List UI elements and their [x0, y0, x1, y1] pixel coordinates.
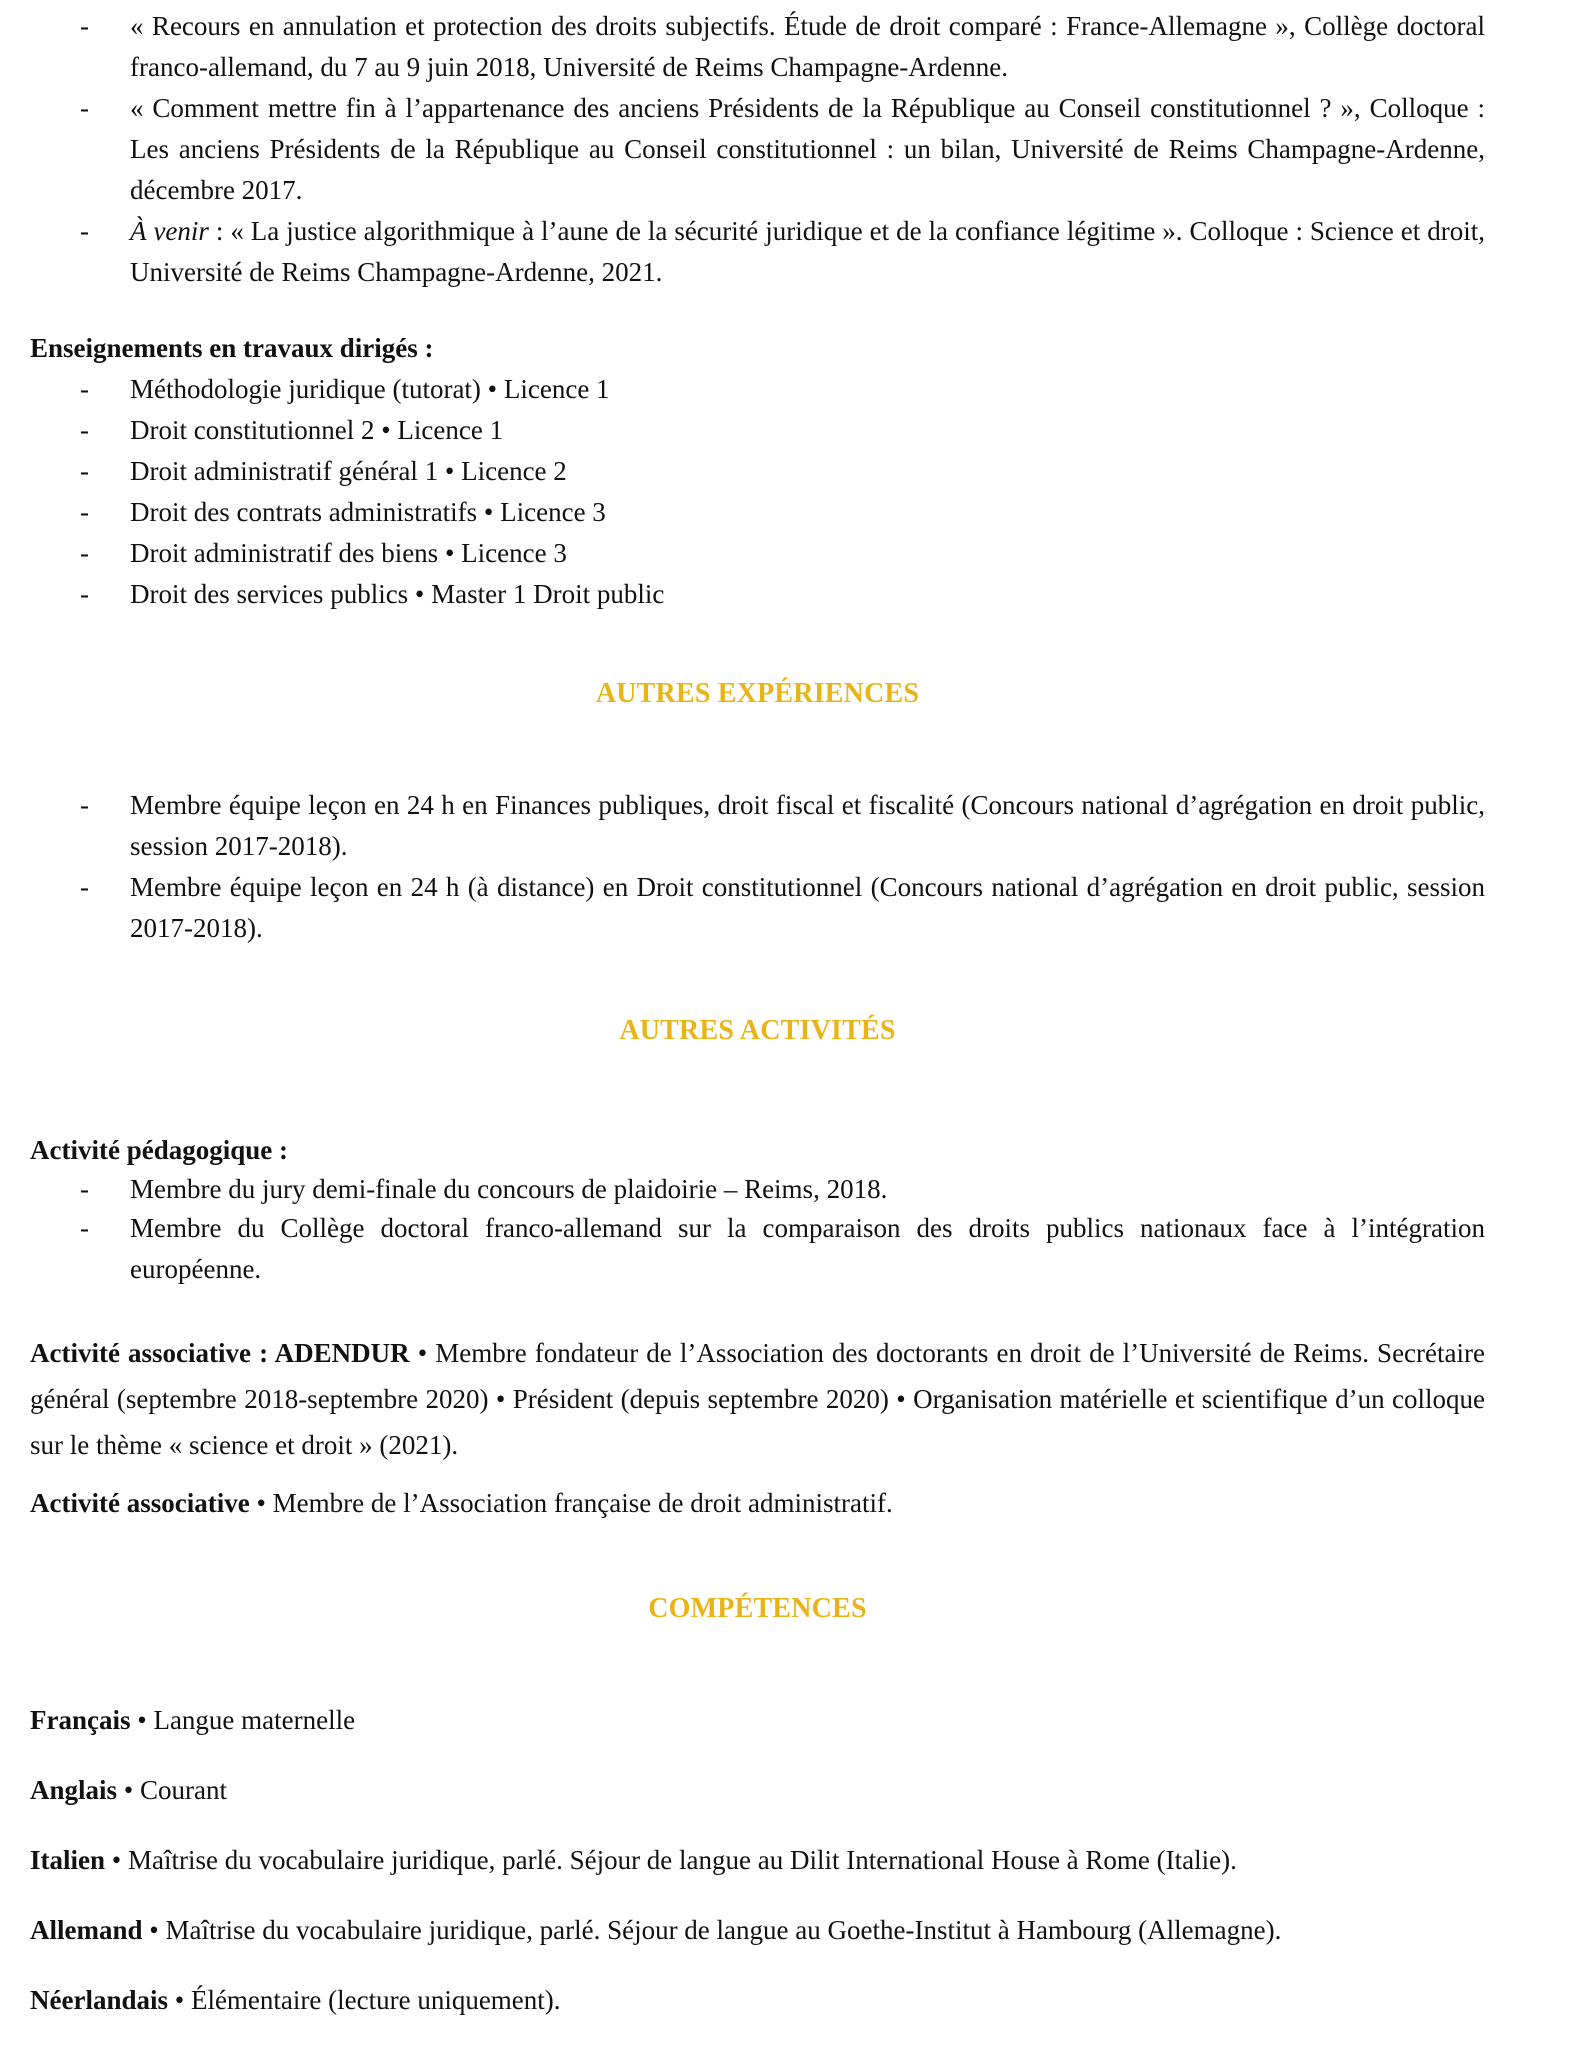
list-item: -Droit des contrats administratifs • Lic…	[30, 492, 1485, 533]
pedagogical-activity: Activité pédagogique : -Membre du jury d…	[30, 1130, 1485, 1290]
dash-bullet: -	[80, 88, 89, 129]
list-item: - « Recours en annulation et protection …	[30, 6, 1485, 88]
dash-bullet: -	[80, 574, 89, 615]
associative-activity-afda: Activité associative • Membre de l’Assoc…	[30, 1480, 1485, 1526]
upcoming-label: À venir	[130, 216, 209, 246]
list-item: -Membre du jury demi-finale du concours …	[30, 1171, 1485, 1208]
list-item: - « Comment mettre fin à l’appartenance …	[30, 88, 1485, 211]
language-italien: Italien • Maîtrise du vocabulaire juridi…	[30, 1840, 1485, 1880]
dash-bullet: -	[80, 1208, 89, 1249]
dash-bullet: -	[80, 867, 89, 908]
associative-activity-adendur: Activité associative : ADENDUR • Membre …	[30, 1330, 1485, 1468]
section-title-autres-activites: AUTRES ACTIVITÉS	[30, 1015, 1485, 1047]
dash-bullet: -	[80, 369, 89, 410]
list-item: -Droit des services publics • Master 1 D…	[30, 574, 1485, 615]
dash-bullet: -	[80, 785, 89, 826]
list-item: -Droit administratif général 1 • Licence…	[30, 451, 1485, 492]
dash-bullet: -	[80, 6, 89, 47]
teaching-section: Enseignements en travaux dirigés : -Méth…	[30, 328, 1485, 615]
dash-bullet: -	[80, 451, 89, 492]
pedagogical-activity-heading: Activité pédagogique :	[30, 1130, 1485, 1171]
list-item: -Droit administratif des biens • Licence…	[30, 533, 1485, 574]
dash-bullet: -	[80, 492, 89, 533]
dash-bullet: -	[80, 1171, 89, 1208]
section-title-autres-experiences: AUTRES EXPÉRIENCES	[30, 678, 1485, 710]
associative-activity-label: Activité associative : ADENDUR	[30, 1338, 410, 1368]
list-item: - À venir : « La justice algorithmique à…	[30, 211, 1485, 293]
experiences-list: -Membre équipe leçon en 24 h en Finances…	[30, 785, 1485, 949]
dash-bullet: -	[80, 211, 89, 252]
communications-list: - « Recours en annulation et protection …	[30, 6, 1485, 293]
associative-activity-label: Activité associative	[30, 1488, 250, 1518]
list-item: -Membre équipe leçon en 24 h (à distance…	[30, 867, 1485, 949]
dash-bullet: -	[80, 533, 89, 574]
teaching-heading: Enseignements en travaux dirigés :	[30, 328, 1485, 369]
language-neerlandais: Néerlandais • Élémentaire (lecture uniqu…	[30, 1980, 1485, 2020]
section-title-competences: COMPÉTENCES	[30, 1593, 1485, 1625]
language-anglais: Anglais • Courant	[30, 1770, 1485, 1810]
list-item: -Droit constitutionnel 2 • Licence 1	[30, 410, 1485, 451]
dash-bullet: -	[80, 410, 89, 451]
list-item: -Membre du Collège doctoral franco-allem…	[30, 1208, 1485, 1290]
list-item: -Membre équipe leçon en 24 h en Finances…	[30, 785, 1485, 867]
language-francais: Français • Langue maternelle	[30, 1700, 1485, 1740]
list-item: -Méthodologie juridique (tutorat) • Lice…	[30, 369, 1485, 410]
language-allemand: Allemand • Maîtrise du vocabulaire jurid…	[30, 1910, 1485, 1950]
